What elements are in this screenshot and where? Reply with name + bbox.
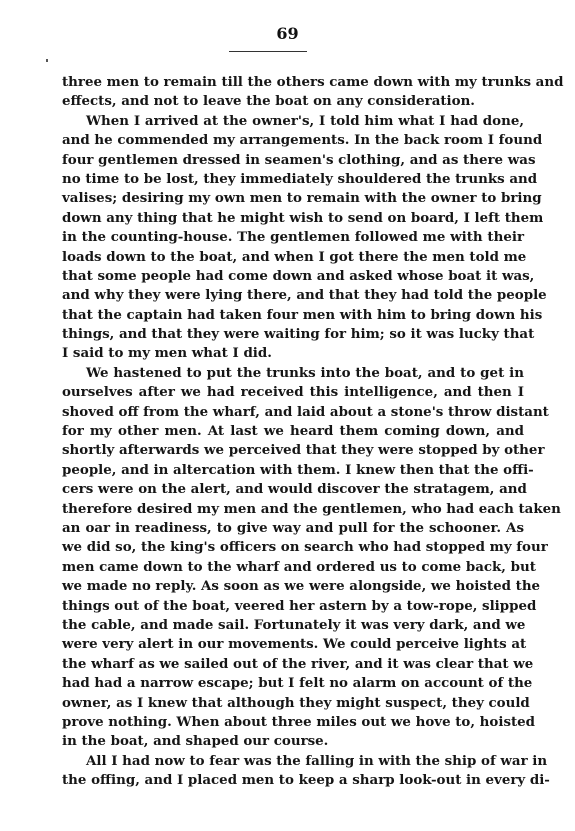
- text-line: we made no reply. As soon as we were alo…: [62, 577, 524, 596]
- body-text: three men to remain till the others came…: [62, 73, 524, 790]
- text-line: three men to remain till the others came…: [62, 73, 524, 92]
- text-line: the offing, and I placed men to keep a s…: [62, 771, 524, 790]
- text-line: four gentlemen dressed in seamen's cloth…: [62, 151, 524, 170]
- text-line: that the captain had taken four men with…: [62, 306, 524, 325]
- text-line: in the counting-house. The gentlemen fol…: [62, 228, 524, 247]
- text-line: All I had now to fear was the falling in…: [62, 752, 524, 771]
- text-line: valises; desiring my own men to remain w…: [62, 189, 524, 208]
- text-line: effects, and not to leave the boat on an…: [62, 92, 524, 111]
- page-number: 69: [0, 24, 575, 43]
- text-line: things, and that they were waiting for h…: [62, 325, 524, 344]
- text-line: and he commended my arrangements. In the…: [62, 131, 524, 150]
- text-line: men came down to the wharf and ordered u…: [62, 558, 524, 577]
- text-line: owner, as I knew that although they migh…: [62, 694, 524, 713]
- text-line: cers were on the alert, and would discov…: [62, 480, 524, 499]
- text-line: prove nothing. When about three miles ou…: [62, 713, 524, 732]
- header-rule: [229, 51, 307, 52]
- text-line: ourselves after we had received this int…: [62, 383, 524, 402]
- text-line: When I arrived at the owner's, I told hi…: [62, 112, 524, 131]
- text-line: in the boat, and shaped our course.: [62, 732, 524, 751]
- text-line: the cable, and made sail. Fortunately it…: [62, 616, 524, 635]
- text-line: the wharf as we sailed out of the river,…: [62, 655, 524, 674]
- book-page: 69 three men to remain till the others c…: [0, 0, 575, 831]
- text-line: we did so, the king's officers on search…: [62, 538, 524, 557]
- text-line: shortly afterwards we perceived that the…: [62, 441, 524, 460]
- text-line: that some people had come down and asked…: [62, 267, 524, 286]
- text-line: an oar in readiness, to give way and pul…: [62, 519, 524, 538]
- text-line: therefore desired my men and the gentlem…: [62, 500, 524, 519]
- scan-speck: [46, 59, 48, 62]
- text-line: We hastened to put the trunks into the b…: [62, 364, 524, 383]
- text-line: for my other men. At last we heard them …: [62, 422, 524, 441]
- text-line: were very alert in our movements. We cou…: [62, 635, 524, 654]
- text-line: had had a narrow escape; but I felt no a…: [62, 674, 524, 693]
- text-line: down any thing that he might wish to sen…: [62, 209, 524, 228]
- text-line: and why they were lying there, and that …: [62, 286, 524, 305]
- text-line: people, and in altercation with them. I …: [62, 461, 524, 480]
- text-line: things out of the boat, veered her aster…: [62, 597, 524, 616]
- text-line: I said to my men what I did.: [62, 344, 524, 363]
- text-line: shoved off from the wharf, and laid abou…: [62, 403, 524, 422]
- text-line: loads down to the boat, and when I got t…: [62, 248, 524, 267]
- text-line: no time to be lost, they immediately sho…: [62, 170, 524, 189]
